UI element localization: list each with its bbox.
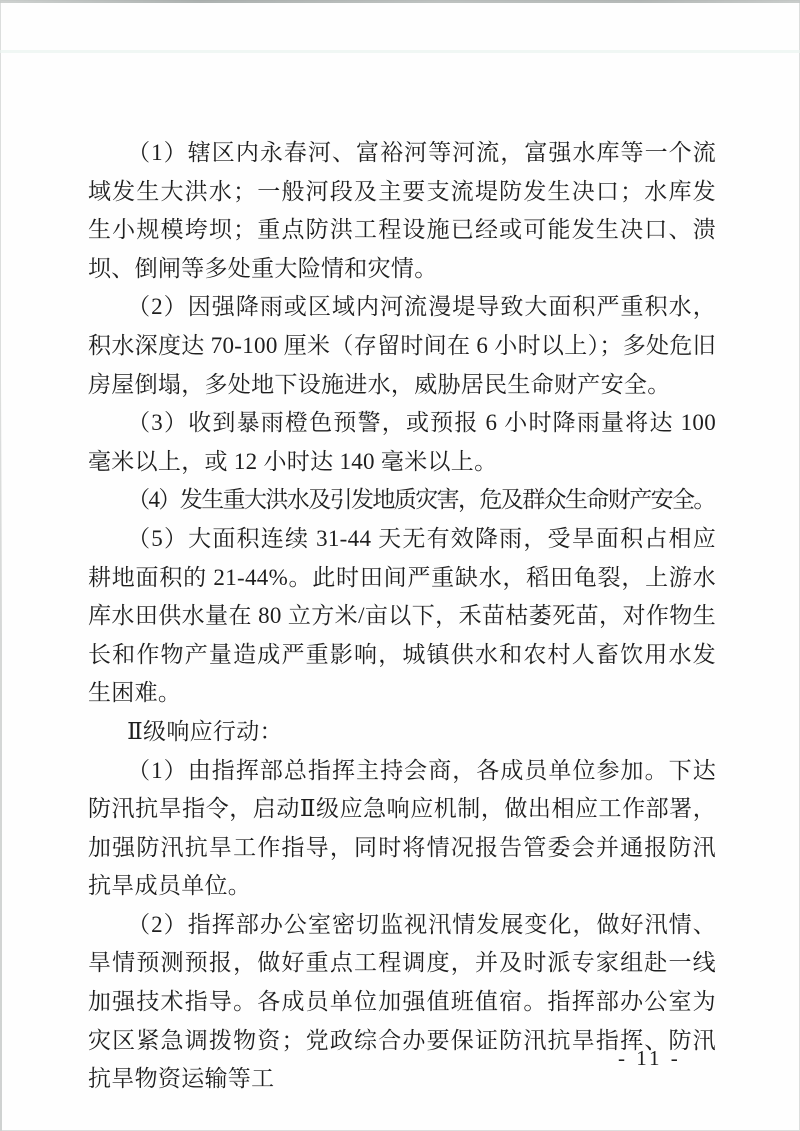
paragraph-waterlogging: （2）因强降雨或区域内河流漫堤导致大面积严重积水，积水深度达 70-100 厘米… xyxy=(88,288,716,404)
paragraph-action-1: （1）由指挥部总指挥主持会商，各成员单位参加。下达防汛抗旱指令，启动Ⅱ级应急响应… xyxy=(88,752,716,906)
paragraph-rain-warning: （3）收到暴雨橙色预警，或预报 6 小时降雨量将达 100 毫米以上，或 12 … xyxy=(88,404,716,481)
paragraph-drought: （5）大面积连续 31-44 天无有效降雨，受旱面积占相应耕地面积的 21-44… xyxy=(88,520,716,713)
document-page: （1）辖区内永春河、富裕河等河流，富强水库等一个流域发生大洪水；一般河段及主要支… xyxy=(0,0,800,1131)
scan-artifact-band xyxy=(0,50,800,53)
paragraph-geological-disaster: （4）发生重大洪水及引发地质灾害，危及群众生命财产安全。 xyxy=(88,481,716,520)
document-body: （1）辖区内永春河、富裕河等河流，富强水库等一个流域发生大洪水；一般河段及主要支… xyxy=(88,134,716,1099)
page-number: - 11 - xyxy=(618,1046,708,1071)
paragraph-flood-rivers: （1）辖区内永春河、富裕河等河流，富强水库等一个流域发生大洪水；一般河段及主要支… xyxy=(88,134,716,288)
scan-edge-left xyxy=(0,380,2,1131)
scan-edge-top xyxy=(0,0,800,3)
heading-level2-response-actions: Ⅱ级响应行动： xyxy=(88,713,716,752)
